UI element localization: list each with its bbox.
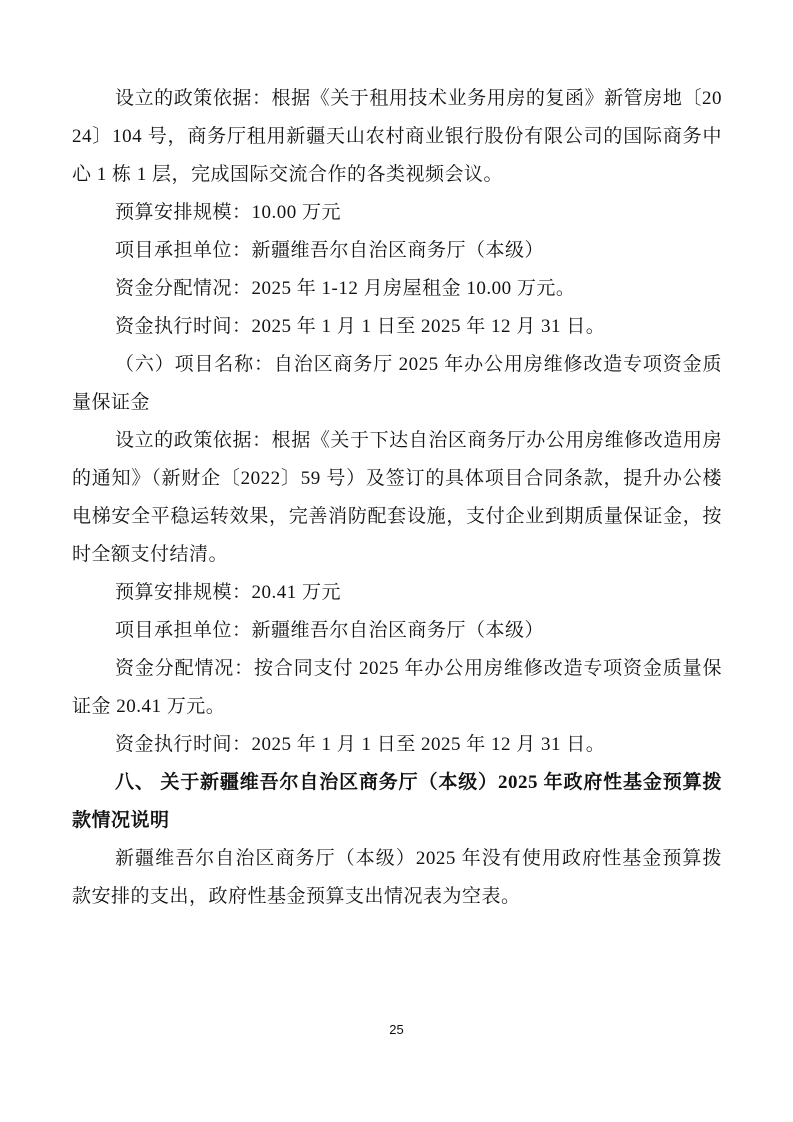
document-page: 设立的政策依据：根据《关于租用技术业务用房的复函》新管房地〔2024〕104 号…	[0, 0, 793, 1122]
paragraph-gov-fund-statement: 新疆维吾尔自治区商务厅（本级）2025 年没有使用政府性基金预算拨款安排的支出，…	[72, 840, 722, 916]
paragraph-undertaking-unit-1: 项目承担单位：新疆维吾尔自治区商务厅（本级）	[72, 232, 722, 270]
paragraph-fund-allocation-2: 资金分配情况：按合同支付 2025 年办公用房维修改造专项资金质量保证金 20.…	[72, 650, 722, 726]
document-body: 设立的政策依据：根据《关于租用技术业务用房的复函》新管房地〔2024〕104 号…	[72, 80, 722, 916]
paragraph-budget-scale-1: 预算安排规模：10.00 万元	[72, 194, 722, 232]
paragraph-fund-execution-time-2: 资金执行时间：2025 年 1 月 1 日至 2025 年 12 月 31 日。	[72, 726, 722, 764]
paragraph-fund-allocation-1: 资金分配情况：2025 年 1-12 月房屋租金 10.00 万元。	[72, 270, 722, 308]
paragraph-project-name-6: （六）项目名称：自治区商务厅 2025 年办公用房维修改造专项资金质量保证金	[72, 346, 722, 422]
paragraph-budget-scale-2: 预算安排规模：20.41 万元	[72, 574, 722, 612]
section-heading-eight: 八、 关于新疆维吾尔自治区商务厅（本级）2025 年政府性基金预算拨款情况说明	[72, 764, 722, 840]
paragraph-fund-execution-time-1: 资金执行时间：2025 年 1 月 1 日至 2025 年 12 月 31 日。	[72, 308, 722, 346]
paragraph-policy-basis-rent: 设立的政策依据：根据《关于租用技术业务用房的复函》新管房地〔2024〕104 号…	[72, 80, 722, 194]
paragraph-undertaking-unit-2: 项目承担单位：新疆维吾尔自治区商务厅（本级）	[72, 612, 722, 650]
page-number: 25	[0, 1022, 793, 1038]
paragraph-policy-basis-renovation: 设立的政策依据：根据《关于下达自治区商务厅办公用房维修改造用房的通知》（新财企〔…	[72, 422, 722, 574]
